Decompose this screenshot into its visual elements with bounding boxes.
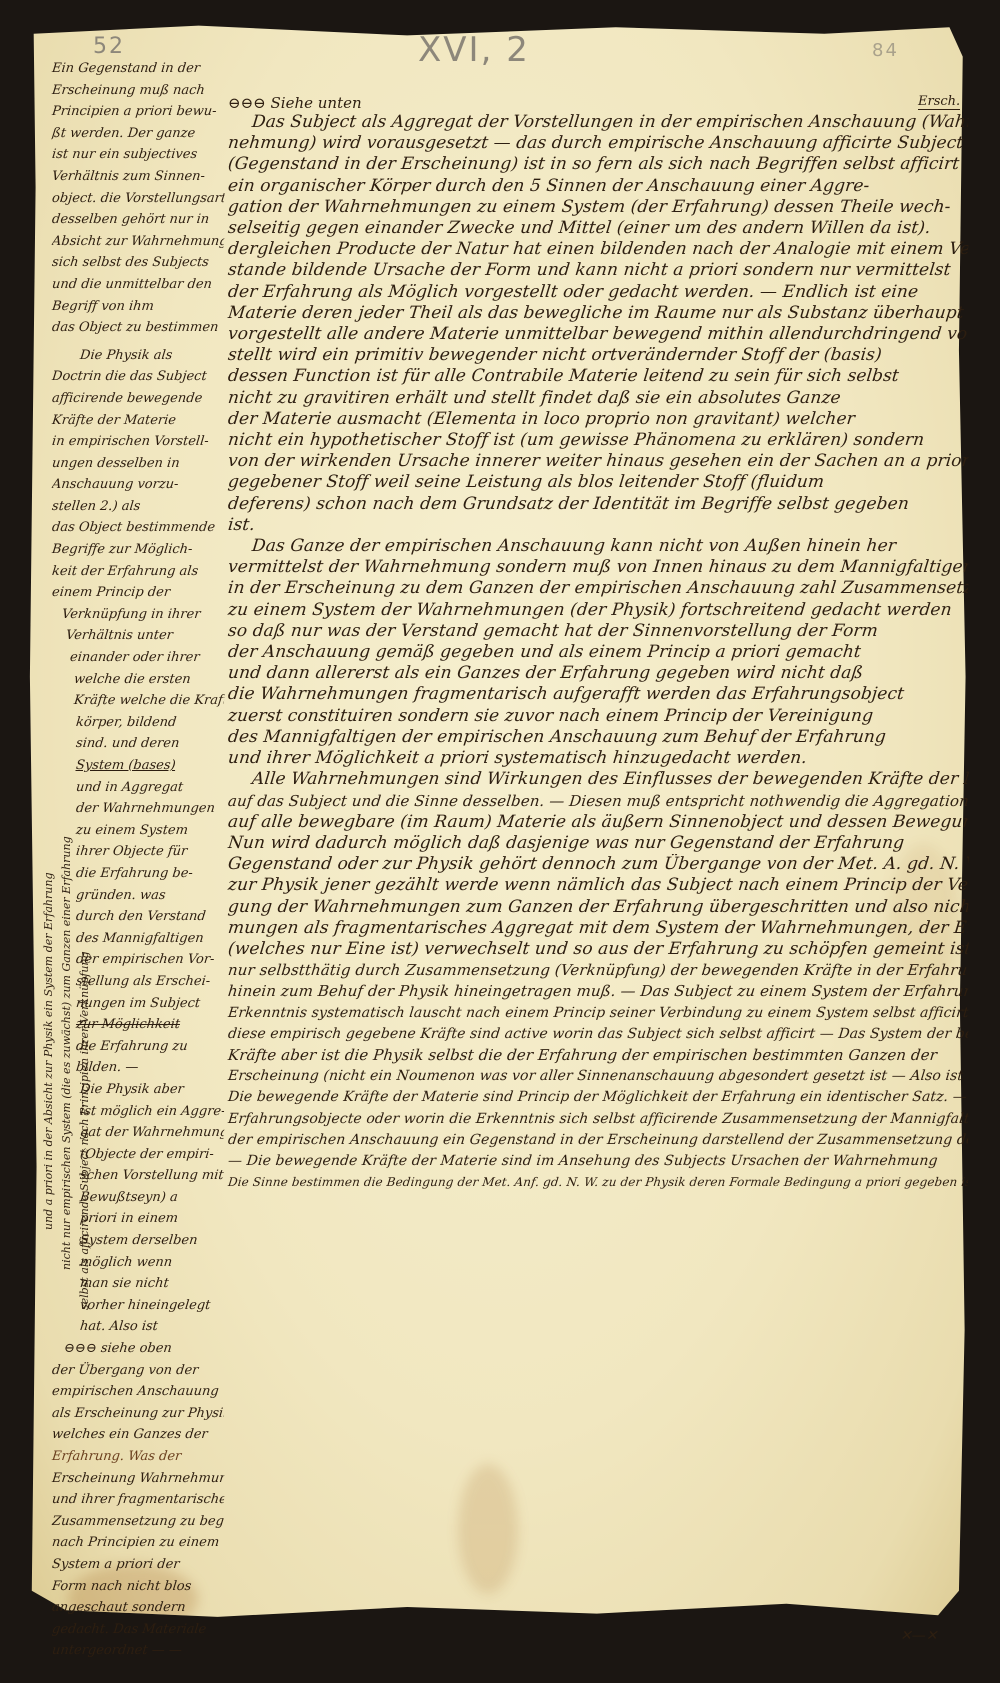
main-text-line: (welches nur Eine ist) verwechselt und s… <box>227 939 969 960</box>
main-text-line: der Materie ausmacht (Elementa in loco p… <box>227 409 969 430</box>
main-text-line: diese empirisch gegebene Kräfte sind act… <box>227 1024 969 1045</box>
main-text-line: Alle Wahrnehmungen sind Wirkungen des Ei… <box>227 769 969 790</box>
margin-text-line: Doctrin die das Subject <box>51 366 225 388</box>
margin-text-line: keit der Erfahrung als <box>51 561 225 583</box>
main-text-line: der Erfahrung als Möglich vorgestellt od… <box>227 282 969 303</box>
margin-text-line: das Object zu bestimmen <box>51 317 225 339</box>
pencil-archive-signature: XVI, 2 <box>418 30 530 70</box>
main-text-line: — Die bewegende Kräfte der Materie sind … <box>227 1151 969 1172</box>
margin-text-line: ungen desselben in <box>51 453 225 475</box>
margin-text-line: Zusammensetzung zu begriffe <box>51 1511 225 1533</box>
margin-text-line: Absicht zur Wahrnehmung <box>51 231 225 253</box>
margin-text-line: Erfahrung. Was der <box>51 1446 225 1468</box>
main-text-line: ist. <box>227 515 969 536</box>
main-text-line: (Gegenstand in der Erscheinung) ist in s… <box>227 154 969 175</box>
main-text-line: Das Subject als Aggregat der Vorstellung… <box>227 112 969 133</box>
margin-text-line: System a priori der <box>51 1554 225 1576</box>
margin-text-line: Erscheinung muß nach <box>51 80 225 102</box>
main-text-line: der Anschauung gemäß gegeben und als ein… <box>227 642 969 663</box>
main-text-line: die Wahrnehmungen fragmentarisch aufgera… <box>227 684 969 705</box>
main-text-line: Erscheinung (nicht ein Noumenon was vor … <box>227 1066 969 1087</box>
main-text-line: von der wirkenden Ursache innerer weiter… <box>227 451 969 472</box>
margin-text-line: Form nach nicht blos <box>51 1576 225 1598</box>
main-text-line: Erfahrungsobjecte oder worin die Erkennt… <box>227 1109 969 1130</box>
main-text-line: ein organischer Körper durch den 5 Sinne… <box>227 176 969 197</box>
reference-heading-text: Siehe unten <box>271 94 362 112</box>
main-text-line: mungen als fragmentarisches Aggregat mit… <box>227 918 969 939</box>
main-text-line: Das Ganze der empirischen Anschauung kan… <box>227 536 969 557</box>
margin-text-line: und die unmittelbar den <box>51 274 225 296</box>
margin-text-line: nach Principien zu einem <box>51 1532 225 1554</box>
reference-symbol-icon: ⊖⊖⊖ <box>228 94 266 112</box>
margin-text-line: untergeordnet — — <box>51 1640 225 1662</box>
margin-text-line: sich selbst des Subjects <box>51 252 225 274</box>
margin-text-line <box>52 339 225 345</box>
main-text-line: gegebener Stoff weil seine Leistung als … <box>227 472 969 493</box>
pencil-folio-number-right: 84 <box>872 40 899 61</box>
main-text-line: auf das Subject und die Sinne desselben.… <box>227 791 969 812</box>
main-text-line: zu einem System der Wahrnehmungen (der P… <box>227 600 969 621</box>
main-text-line: Materie deren jeder Theil als das bewegl… <box>227 303 969 324</box>
water-stain <box>728 1624 888 1664</box>
margin-text-line: angeschaut sondern <box>51 1597 225 1619</box>
main-text-line: in der Erscheinung zu dem Ganzen der emp… <box>227 578 969 599</box>
margin-text-line: Anschauung vorzu- <box>51 474 225 496</box>
vertical-note-line: selbst als afficirende Subject nach Prin… <box>78 660 96 1310</box>
water-stain <box>458 1464 518 1594</box>
main-text-line: auf alle bewegbare (im Raum) Materie als… <box>227 812 969 833</box>
main-text-line: zur Physik jener gezählt werde wenn näml… <box>227 875 969 896</box>
margin-text-line: desselben gehört nur in <box>51 209 225 231</box>
main-text-line: stellt wird ein primitiv bewegender nich… <box>227 345 969 366</box>
main-text-line: gation der Wahrnehmungen zu einem System… <box>227 197 969 218</box>
main-text-line: Nun wird dadurch möglich daß dasjenige w… <box>227 833 969 854</box>
main-text-line: dergleichen Producte der Natur hat einen… <box>227 239 969 260</box>
main-text-line: gung der Wahrnehmungen zum Ganzen der Er… <box>227 897 969 918</box>
margin-text-line: man sie nicht <box>51 1273 225 1295</box>
vertical-note-line: und a priori in der Absicht zur Physik e… <box>42 580 60 1230</box>
main-text-line: dessen Function ist für alle Contrabile … <box>227 366 969 387</box>
margin-text-line: Ein Gegenstand in der <box>51 58 225 80</box>
margin-text-line: object. die Vorstellungsart <box>51 188 225 210</box>
margin-text-line: Die Physik als <box>51 345 225 367</box>
pencil-folio-number-left: 52 <box>93 34 125 59</box>
margin-text-line: gedacht. Das Materiale <box>51 1619 225 1641</box>
main-text-line: Die Sinne bestimmen die Bedingung der Me… <box>227 1172 969 1193</box>
margin-text-line: Erscheinung Wahrnehmung <box>51 1468 225 1490</box>
margin-text-line: als Erscheinung zur Physik <box>51 1403 225 1425</box>
main-text-line: vermittelst der Wahrnehmung sondern muß … <box>227 557 969 578</box>
margin-text-line: Verhältnis zum Sinnen- <box>51 166 225 188</box>
main-text-line: vorgestellt alle andere Materie unmittel… <box>227 324 969 345</box>
margin-text-line: Kräfte der Materie <box>51 410 225 432</box>
main-text-line: Die bewegende Kräfte der Materie sind Pr… <box>227 1087 969 1108</box>
margin-text-line: ßt werden. Der ganze <box>51 123 225 145</box>
main-text-line: der empirischen Anschauung ein Gegenstan… <box>227 1130 969 1151</box>
main-text-line: zuerst constituiren sondern sie zuvor na… <box>227 706 969 727</box>
margin-text-line: Begriff von ihm <box>51 296 225 318</box>
margin-text-line: ⊖⊖⊖ siehe oben <box>51 1338 225 1360</box>
main-text-line: hinein zum Behuf der Physik hineingetrag… <box>227 981 969 1002</box>
margin-text-line: und ihrer fragmentarischen <box>51 1489 225 1511</box>
main-text-line: des Mannigfaltigen der empirischen Ansch… <box>227 727 969 748</box>
margin-text-line: Principien a priori bewu- <box>51 101 225 123</box>
main-text-line: Kräfte aber ist die Physik selbst die de… <box>227 1045 969 1066</box>
margin-text-line: Begriffe zur Möglich- <box>51 539 225 561</box>
bottom-cross-marks: ✕—✕ <box>900 1628 937 1644</box>
main-text-column: Das Subject als Aggregat der Vorstellung… <box>228 112 968 1193</box>
margin-text-line: der Übergang von der <box>51 1360 225 1382</box>
main-text-line: so daß nur was der Verstand gemacht hat … <box>227 621 969 642</box>
main-text-line: stande bildende Ursache der Form und kan… <box>227 260 969 281</box>
top-right-annotation: Ersch. <box>918 94 960 110</box>
main-text-line: Gegenstand oder zur Physik gehört dennoc… <box>227 854 969 875</box>
margin-text-line: stellen 2.) als <box>51 496 225 518</box>
main-text-line: selseitig gegen einander Zwecke und Mitt… <box>227 218 969 239</box>
reference-heading: ⊖⊖⊖ Siehe unten <box>228 94 362 112</box>
main-text-line: nehmung) wird vorausgesetzt — das durch … <box>227 133 969 154</box>
main-text-line: nicht ein hypothetischer Stoff ist (um g… <box>227 430 969 451</box>
margin-text-line: ist nur ein subjectives <box>51 144 225 166</box>
main-text-line: und ihrer Möglichkeit a priori systemati… <box>227 748 969 769</box>
vertical-margin-notes: und a priori in der Absicht zur Physik e… <box>40 580 110 1240</box>
margin-text-line: welches ein Ganzes der <box>51 1424 225 1446</box>
main-text-line: nur selbstthätig durch Zusammensetzung (… <box>227 960 969 981</box>
margin-text-line: empirischen Anschauung <box>51 1381 225 1403</box>
margin-text-line: vorher hineingelegt <box>51 1295 225 1317</box>
main-text-line: nicht zu gravitiren erhält und stellt fi… <box>227 388 969 409</box>
vertical-note-line: nicht nur empirischen System (die es zuw… <box>60 620 78 1270</box>
margin-text-line: das Object bestimmende <box>51 517 225 539</box>
margin-text-line: afficirende bewegende <box>51 388 225 410</box>
main-text-line: und dann allererst als ein Ganzes der Er… <box>227 663 969 684</box>
main-text-line: deferens) schon nach dem Grundsatz der I… <box>227 494 969 515</box>
main-text-line: Erkenntnis systematisch lauscht nach ein… <box>227 1003 969 1024</box>
margin-text-line: hat. Also ist <box>51 1316 225 1338</box>
margin-text-line: in empirischen Vorstell- <box>51 431 225 453</box>
